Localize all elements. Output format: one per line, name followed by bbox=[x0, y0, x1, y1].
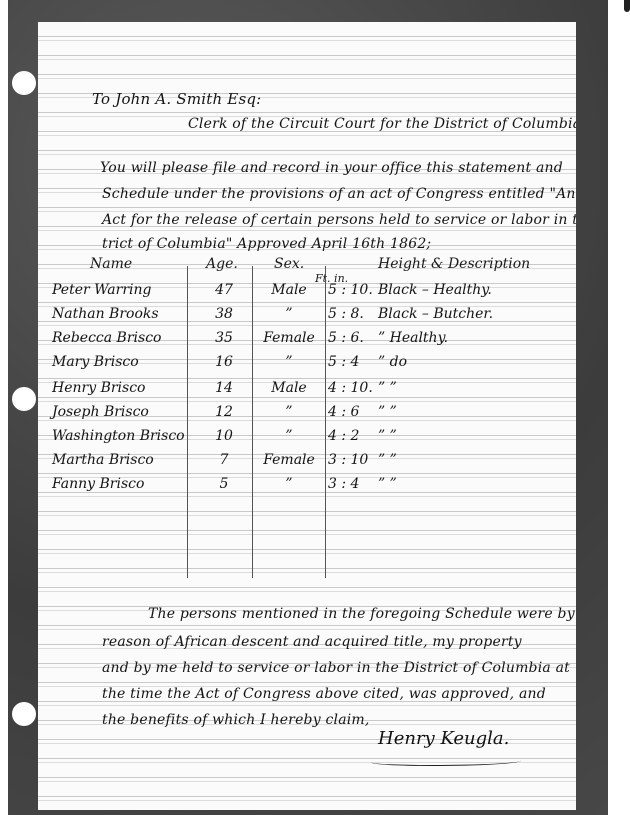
cell-description: ” ” bbox=[378, 380, 397, 396]
table-row: Martha Brisco 7 Female 3 : 10 ” ” bbox=[38, 452, 576, 476]
body-line-2: Schedule under the provisions of an act … bbox=[102, 186, 576, 202]
header-height-description: Height & Description bbox=[378, 256, 530, 272]
scan-right-margin bbox=[608, 0, 630, 815]
cell-description: ” do bbox=[378, 354, 407, 370]
cell-name: Martha Brisco bbox=[52, 452, 154, 468]
header-sex: Sex. bbox=[274, 256, 304, 272]
cell-age: 47 bbox=[198, 282, 250, 298]
cell-sex: ” bbox=[252, 404, 326, 420]
cell-age: 35 bbox=[198, 330, 250, 346]
cell-name: Rebecca Brisco bbox=[52, 330, 161, 346]
table-row: Nathan Brooks 38 ” 5 : 8. Black – Butche… bbox=[38, 306, 576, 330]
cell-name: Washington Brisco bbox=[52, 428, 185, 444]
cell-name: Henry Brisco bbox=[52, 380, 145, 396]
closing-line-5: the benefits of which I hereby claim, bbox=[102, 712, 370, 728]
addressee-title: Clerk of the Circuit Court for the Distr… bbox=[188, 116, 576, 132]
table-row: Peter Warring 47 Male 5 : 10. Black – He… bbox=[38, 282, 576, 306]
cell-name: Peter Warring bbox=[52, 282, 152, 298]
cell-sex: Female bbox=[252, 452, 326, 468]
closing-line-2: reason of African descent and acquired t… bbox=[102, 634, 522, 650]
cell-sex: ” bbox=[252, 354, 326, 370]
table-row: Fanny Brisco 5 ” 3 : 4 ” ” bbox=[38, 476, 576, 500]
cell-age: 10 bbox=[198, 428, 250, 444]
cell-sex: ” bbox=[252, 476, 326, 492]
cell-name: Nathan Brooks bbox=[52, 306, 159, 322]
schedule-table: Name Age. Sex. Height & Description Ft. … bbox=[38, 252, 576, 582]
closing-line-1: The persons mentioned in the foregoing S… bbox=[148, 606, 575, 622]
cell-height: 5 : 4 bbox=[328, 354, 359, 370]
cell-description: Black – Healthy. bbox=[378, 282, 492, 298]
cell-height: 4 : 2 bbox=[328, 428, 359, 444]
closing-line-4: the time the Act of Congress above cited… bbox=[102, 686, 546, 702]
cell-sex: Female bbox=[252, 330, 326, 346]
cell-age: 38 bbox=[198, 306, 250, 322]
table-row: Mary Brisco 16 ” 5 : 4 ” do bbox=[38, 354, 576, 378]
cell-age: 16 bbox=[198, 354, 250, 370]
binder-hole-bottom bbox=[12, 702, 36, 726]
cell-height: 5 : 8. bbox=[328, 306, 364, 322]
cell-age: 12 bbox=[198, 404, 250, 420]
cell-height: 4 : 10. bbox=[328, 380, 373, 396]
cell-description: ” ” bbox=[378, 404, 397, 420]
table-row: Joseph Brisco 12 ” 4 : 6 ” ” bbox=[38, 404, 576, 428]
binder-hole-top bbox=[12, 71, 36, 95]
cell-description: ” ” bbox=[378, 476, 397, 492]
body-line-4: trict of Columbia" Approved April 16th 1… bbox=[102, 236, 431, 252]
cell-name: Fanny Brisco bbox=[52, 476, 144, 492]
cell-height: 3 : 10 bbox=[328, 452, 368, 468]
signature: Henry Keugla. bbox=[378, 728, 509, 749]
cell-height: 4 : 6 bbox=[328, 404, 359, 420]
cell-age: 7 bbox=[198, 452, 250, 468]
header-age: Age. bbox=[206, 256, 238, 272]
cell-age: 14 bbox=[198, 380, 250, 396]
signature-flourish bbox=[371, 757, 521, 766]
cell-height: 5 : 10. bbox=[328, 282, 373, 298]
cell-description: Black – Butcher. bbox=[378, 306, 493, 322]
addressee-line: To John A. Smith Esq: bbox=[92, 90, 261, 108]
table-row: Rebecca Brisco 35 Female 5 : 6. ” Health… bbox=[38, 330, 576, 354]
table-row: Henry Brisco 14 Male 4 : 10. ” ” bbox=[38, 380, 576, 404]
cell-description: ” Healthy. bbox=[378, 330, 448, 346]
cell-sex: Male bbox=[252, 282, 326, 298]
body-line-1: You will please file and record in your … bbox=[100, 160, 563, 176]
cell-sex: Male bbox=[252, 380, 326, 396]
binder-hole-middle bbox=[12, 387, 36, 411]
table-row: Washington Brisco 10 ” 4 : 2 ” ” bbox=[38, 428, 576, 452]
cell-description: ” ” bbox=[378, 428, 397, 444]
cell-name: Mary Brisco bbox=[52, 354, 139, 370]
closing-line-3: and by me held to service or labor in th… bbox=[102, 660, 570, 676]
cell-sex: ” bbox=[252, 428, 326, 444]
scan-edge-mark bbox=[624, 0, 630, 12]
document-page: To John A. Smith Esq: Clerk of the Circu… bbox=[38, 22, 576, 810]
cell-description: ” ” bbox=[378, 452, 397, 468]
cell-height: 5 : 6. bbox=[328, 330, 364, 346]
cell-sex: ” bbox=[252, 306, 326, 322]
body-line-3: Act for the release of certain persons h… bbox=[102, 212, 576, 228]
cell-age: 5 bbox=[198, 476, 250, 492]
header-name: Name bbox=[90, 256, 132, 272]
cell-height: 3 : 4 bbox=[328, 476, 359, 492]
cell-name: Joseph Brisco bbox=[52, 404, 149, 420]
